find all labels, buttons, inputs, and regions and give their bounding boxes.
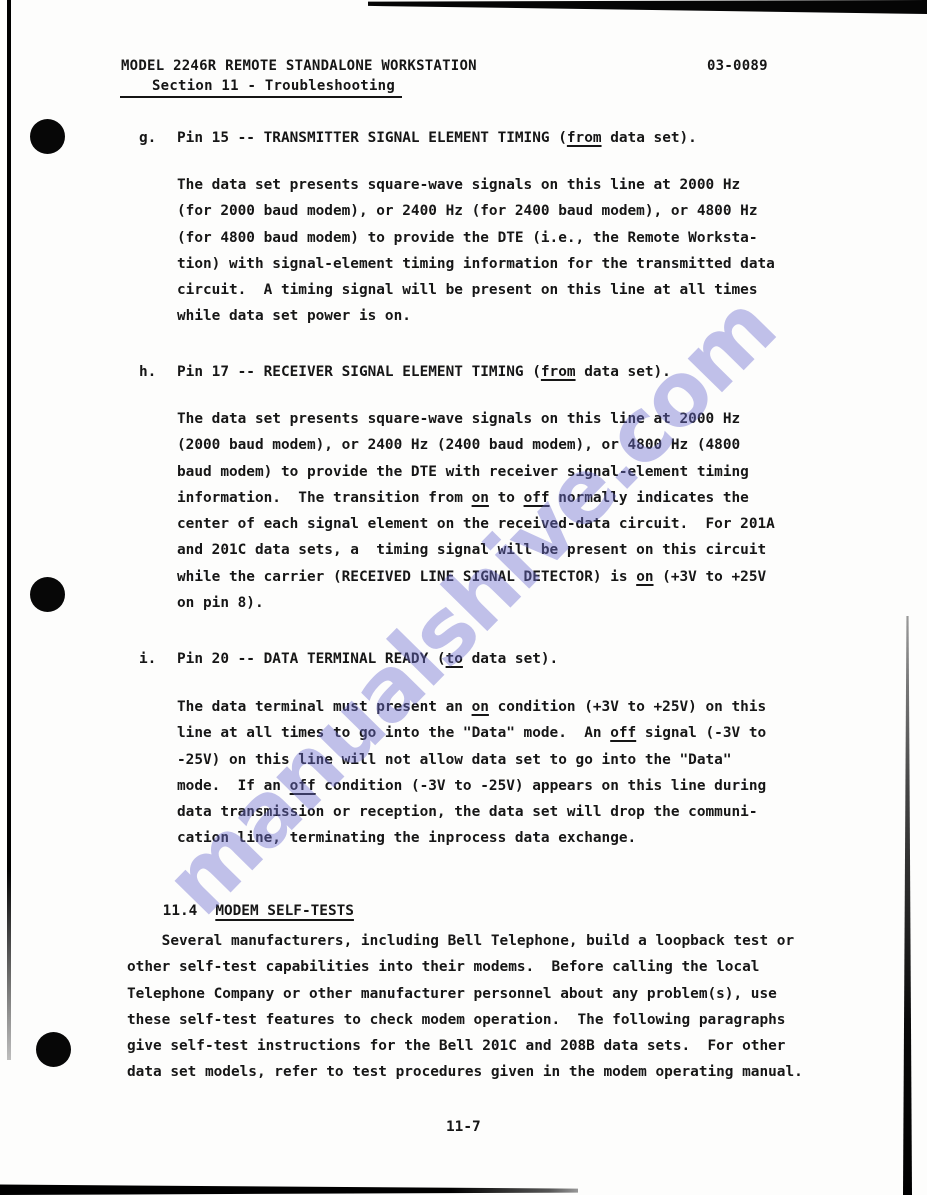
subsection-number: 11.4 bbox=[163, 903, 198, 919]
subsection-title: MODEM SELF-TESTS bbox=[215, 903, 354, 919]
list-item-heading-pin17: Pin 17 -- RECEIVER SIGNAL ELEMENT TIMING… bbox=[177, 362, 671, 382]
section-subtitle: Section 11 - Troubleshooting bbox=[152, 78, 395, 94]
hole-punch-mark-bottom bbox=[36, 1032, 71, 1067]
document-number: 03-0089 bbox=[707, 58, 768, 74]
page-number: 11-7 bbox=[446, 1119, 481, 1135]
list-item-label-g: g. bbox=[139, 128, 156, 148]
paragraph-pin17: The data set presents square-wave signal… bbox=[177, 406, 775, 616]
paragraph-modem-self-tests: Several manufacturers, including Bell Te… bbox=[127, 928, 803, 1086]
scan-edge-right-line bbox=[903, 616, 912, 1195]
scanned-manual-page: MODEL 2246R REMOTE STANDALONE WORKSTATIO… bbox=[0, 0, 927, 1195]
list-item-heading-pin20: Pin 20 -- DATA TERMINAL READY (to data s… bbox=[177, 649, 558, 669]
hole-punch-mark-middle bbox=[30, 577, 65, 612]
paragraph-pin15: The data set presents square-wave signal… bbox=[177, 172, 775, 330]
scan-edge-top-bar bbox=[368, 0, 927, 14]
list-item-label-h: h. bbox=[139, 362, 156, 382]
hole-punch-mark-top bbox=[30, 119, 65, 154]
document-title: MODEL 2246R REMOTE STANDALONE WORKSTATIO… bbox=[121, 58, 477, 74]
paragraph-pin20: The data terminal must present an on con… bbox=[177, 694, 766, 852]
header-underline bbox=[120, 96, 402, 98]
scan-edge-bottom-bar bbox=[0, 1184, 578, 1195]
list-item-heading-pin15: Pin 15 -- TRANSMITTER SIGNAL ELEMENT TIM… bbox=[177, 128, 697, 148]
list-item-label-i: i. bbox=[139, 649, 156, 669]
scan-edge-left-line bbox=[7, 0, 11, 1060]
